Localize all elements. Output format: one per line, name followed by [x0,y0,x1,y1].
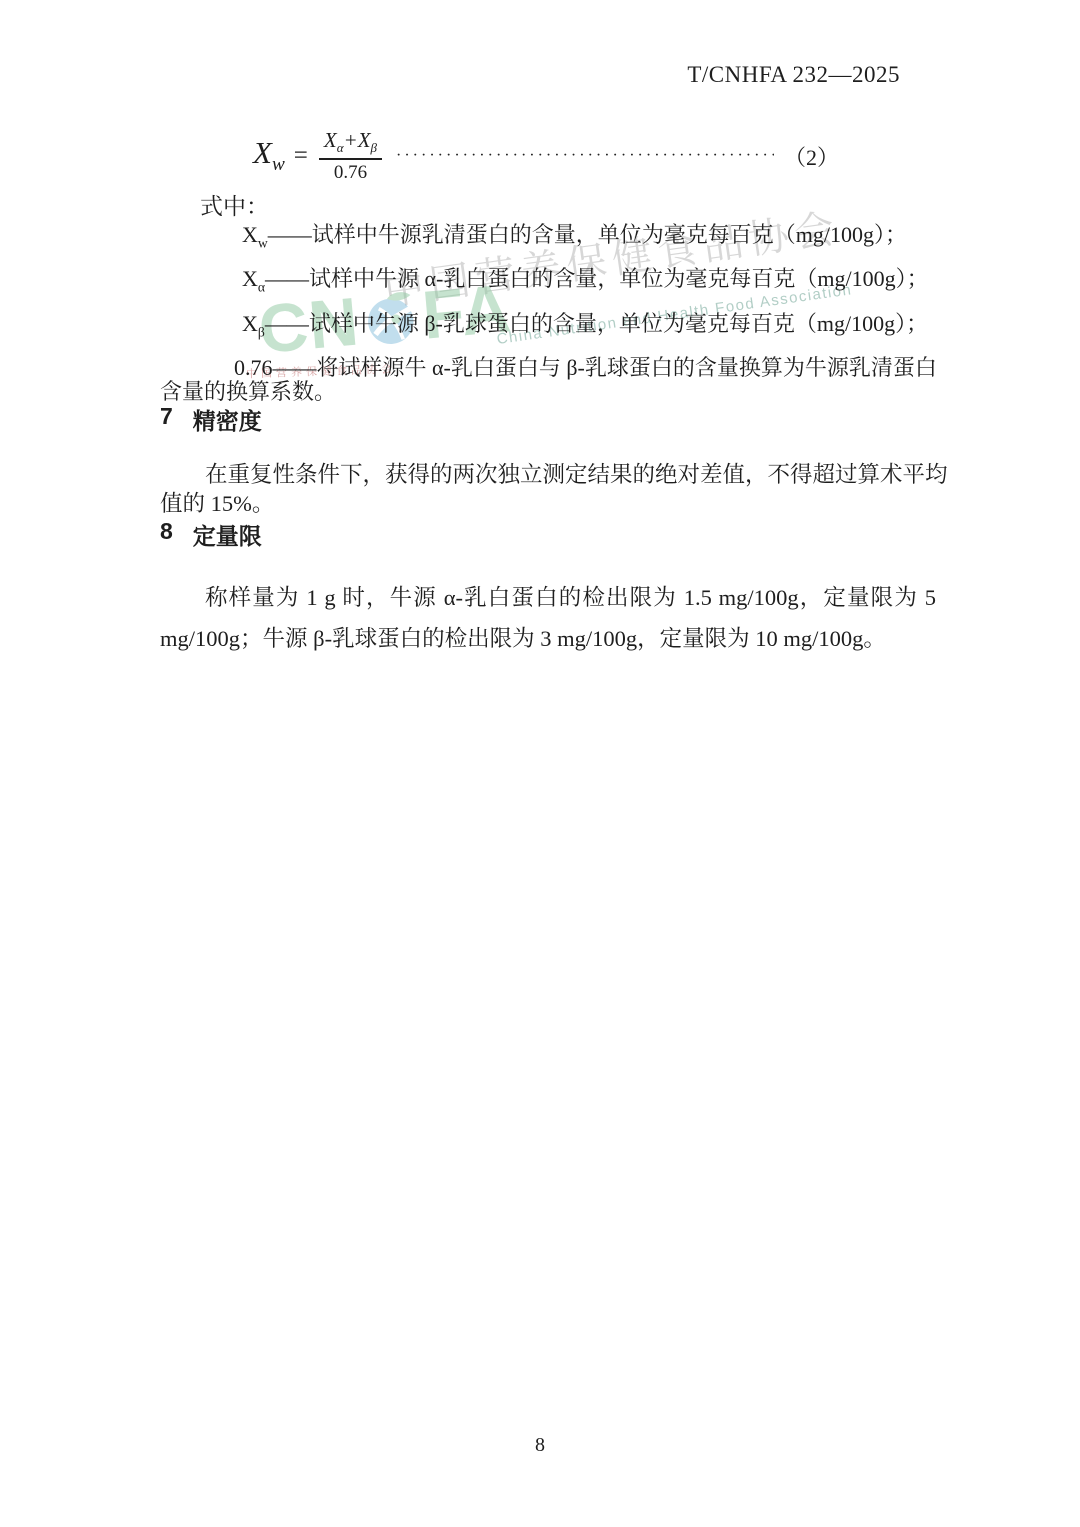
fraction-denominator: 0.76 [334,160,367,182]
definition-factor: 0.76——将试样源牛 α-乳白蛋白与 β-乳球蛋白的含量换算为牛源乳清蛋白含量… [160,356,938,404]
definition-xbeta: Xβ——试样中牛源 β-乳球蛋白的含量，单位为毫克每百克（mg/100g）； [160,312,938,344]
section-7-number: 7 [160,403,173,436]
equals-sign: = [294,142,308,170]
section-8-body: 称样量为 1 g 时，牛源 α-乳白蛋白的检出限为 1.5 mg/100g，定量… [160,577,936,659]
section-8-heading: 8 定量限 [160,518,262,551]
section-7-heading: 7 精密度 [160,403,262,436]
section-7-body: 在重复性条件下，获得的两次独立测定结果的绝对差值，不得超过算术平均值的 15%。 [160,460,960,518]
definition-xw: Xw——试样中牛源乳清蛋白的含量，单位为毫克每百克（mg/100g）； [160,223,938,255]
equation-number: （2） [784,141,839,172]
equation-2: Xw = Xα+Xβ 0.76 ························… [253,126,839,186]
where-label: 式中： [200,188,269,221]
section-8-number: 8 [160,518,173,551]
equation-lhs: Xw [253,137,285,174]
section-7-title: 精密度 [193,403,262,436]
dot-leader: ········································… [396,148,774,164]
fraction-numerator: Xα+Xβ [319,130,382,159]
equation-fraction: Xα+Xβ 0.76 [319,130,382,181]
definition-xalpha: Xα——试样中牛源 α-乳白蛋白的含量，单位为毫克每百克（mg/100g）； [160,267,938,299]
page-number: 8 [0,1434,1080,1457]
symbol-definitions: Xw——试样中牛源乳清蛋白的含量，单位为毫克每百克（mg/100g）； Xα——… [160,223,938,404]
section-8-title: 定量限 [193,518,262,551]
standard-code-header: T/CNHFA 232—2025 [687,62,900,88]
document-page: 中国营养保健食品协会 China Nutrition and Health Fo… [0,0,1080,1527]
